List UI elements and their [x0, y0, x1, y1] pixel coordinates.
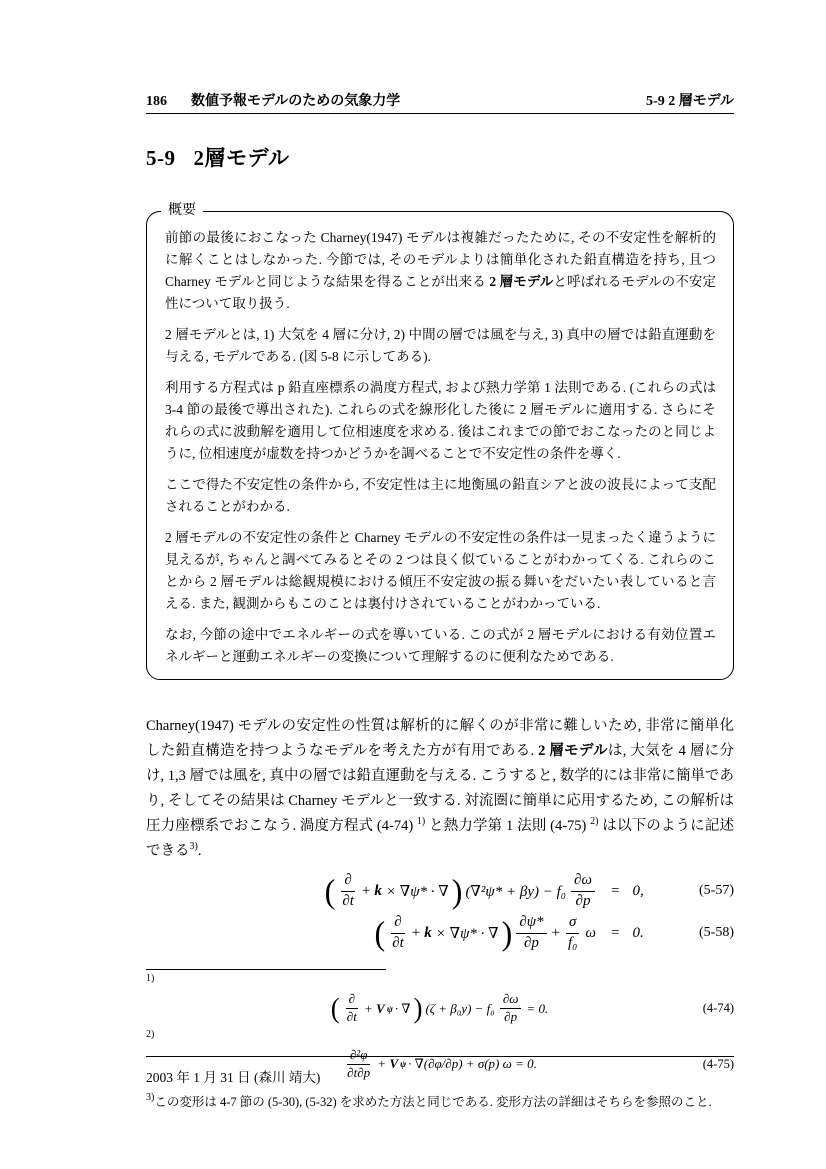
footnote-ref-2: 2) [590, 816, 598, 827]
plus-op: + [412, 925, 420, 942]
body-bold-term: 2 層モデル [538, 743, 608, 759]
footnote-rule [146, 969, 386, 970]
equals-zero: = 0. [526, 1001, 548, 1017]
fraction-d-dt: ∂∂t [344, 992, 360, 1025]
advection-term: × ∇ψ* · ∇ [386, 882, 449, 901]
footnote-1-marker: 1) [146, 972, 734, 990]
equation-5-58: ( ∂∂t + k × ∇ψ* · ∇ ) ∂ψ*∂p + σf₀ ω = 0.… [146, 912, 734, 954]
V-vector: V [376, 1001, 385, 1017]
header-page-number: 186 [146, 94, 167, 109]
footnote-3-text: この変形は 4-7 節の (5-30), (5-32) を求めた方法と同じである… [154, 1095, 711, 1109]
k-vector: k [374, 883, 382, 900]
page-header: 186数値予報モデルのための気象力学 5-9 2 層モデル [146, 90, 734, 110]
k-vector: k [424, 925, 432, 942]
equation-number-5-57: (5-57) [699, 883, 734, 899]
equals-sign: = [598, 883, 632, 900]
equation-5-58-lhs: ( ∂∂t + k × ∇ψ* · ∇ ) ∂ψ*∂p + σf₀ ω [146, 914, 598, 952]
left-paren: ( [331, 994, 340, 1023]
fraction-dw-dp: ∂ω∂p [571, 872, 595, 910]
overview-p1-bold-term: 2 層モデル [489, 274, 553, 289]
omega-var: ω [585, 925, 596, 942]
vorticity-term: (∇²ψ* + βy) − f₀ [465, 882, 566, 901]
equation-5-57-lhs: ( ∂∂t + k × ∇ψ* · ∇ ) (∇²ψ* + βy) − f₀ ∂… [146, 872, 598, 910]
footnote-2-marker: 2) [146, 1028, 734, 1046]
equation-number-4-74: (4-74) [703, 1001, 734, 1016]
overview-paragraph-6: なお, 今節の途中でエネルギーの式を導いている. この式が 2 層モデルにおける… [165, 624, 716, 668]
V-subscript-psi: ψ [387, 1004, 393, 1014]
plus-op: + [552, 925, 560, 942]
overview-box-label: 概要 [161, 201, 203, 221]
body-text-3: と熱力学第 1 法則 (4-75) [425, 818, 590, 834]
header-doc-title: 数値予報モデルのための気象力学 [191, 94, 400, 109]
zeta-term: (ζ + β₀y) − f₀ [425, 1001, 494, 1017]
dot-nabla: · ∇ [395, 1001, 411, 1017]
footnote-ref-1: 1) [417, 816, 425, 827]
equation-4-74-body: ( ∂∂t + Vψ · ∇ ) (ζ + β₀y) − f₀ ∂ω∂p = 0… [146, 992, 734, 1025]
section-title: 2層モデル [194, 146, 290, 170]
fraction-sigma-f0: σf₀ [565, 914, 580, 952]
overview-paragraph-4: ここで得た不安定性の条件から, 不安定性は主に地衡風の鉛直シアと波の波長によって… [165, 474, 716, 518]
overview-box: 概要 前節の最後におこなった Charney(1947) モデルは複雑だったため… [146, 211, 734, 680]
equation-5-57: ( ∂∂t + k × ∇ψ* · ∇ ) (∇²ψ* + βy) − f₀ ∂… [146, 870, 734, 912]
main-content: Charney(1947) モデルの安定性の性質は解析的に解くのが非常に難しいた… [146, 714, 734, 1111]
body-paragraph: Charney(1947) モデルの安定性の性質は解析的に解くのが非常に難しいた… [146, 714, 734, 864]
fraction-dpsi-dp: ∂ψ*∂p [516, 914, 546, 952]
header-rule [146, 113, 734, 114]
equation-5-57-rhs: 0, [632, 883, 643, 900]
section-heading: 5-92層モデル [146, 142, 289, 172]
equation-4-74: ( ∂∂t + Vψ · ∇ ) (ζ + β₀y) − f₀ ∂ω∂p = 0… [146, 990, 734, 1028]
overview-paragraph-2: 2 層モデルとは, 1) 大気を 4 層に分け, 2) 中間の層では風を与え, … [165, 324, 716, 368]
header-left: 186数値予報モデルのための気象力学 [146, 90, 400, 110]
right-paren: ) [452, 874, 463, 908]
plus-op: + [362, 883, 370, 900]
header-section-ref: 5-9 2 層モデル [646, 90, 734, 110]
body-text-5: . [198, 843, 202, 859]
page-footer: 2003 年 1 月 31 日 (森川 靖大) [146, 1056, 734, 1086]
equals-sign: = [598, 925, 632, 942]
fraction-d-dt: ∂∂t [339, 872, 357, 910]
equation-5-58-rhs: 0. [632, 925, 643, 942]
section-number: 5-9 [146, 146, 176, 170]
left-paren: ( [375, 916, 386, 950]
fraction-dw-dp: ∂ω∂p [500, 992, 522, 1025]
right-paren: ) [413, 994, 422, 1023]
overview-paragraph-5: 2 層モデルの不安定性の条件と Charney モデルの不安定性の条件は一見まっ… [165, 527, 716, 615]
left-paren: ( [325, 874, 336, 908]
footnote-3: 3)この変形は 4-7 節の (5-30), (5-32) を求めた方法と同じで… [146, 1093, 734, 1111]
advection-term: × ∇ψ* · ∇ [436, 924, 499, 943]
equation-number-5-58: (5-58) [699, 925, 734, 941]
plus-op: + [365, 1001, 372, 1017]
footnote-ref-3: 3) [190, 841, 198, 852]
right-paren: ) [502, 916, 513, 950]
footer-date-author: 2003 年 1 月 31 日 (森川 靖大) [146, 1070, 320, 1085]
fraction-d-dt: ∂∂t [389, 914, 407, 952]
overview-paragraph-1: 前節の最後におこなった Charney(1947) モデルは複雑だったために, … [165, 227, 716, 315]
overview-paragraph-3: 利用する方程式は p 鉛直座標系の渦度方程式, および熱力学第 1 法則である.… [165, 377, 716, 465]
